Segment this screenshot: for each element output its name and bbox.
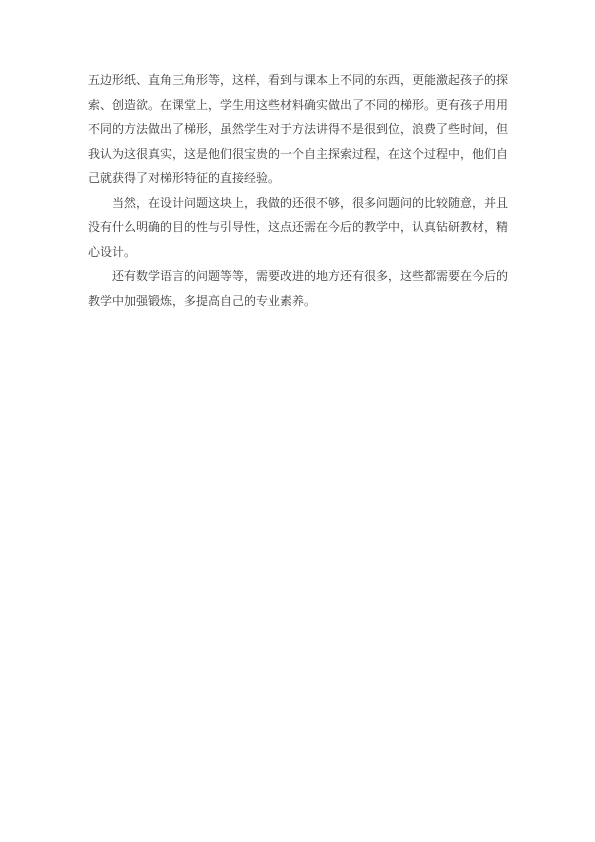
paragraph: 还有数学语言的问题等等，需要改进的地方还有很多，这些都需要在今后的教学中加强锻炼… (88, 264, 508, 313)
paragraph: 五边形纸、直角三角形等，这样，看到与课本上不同的东西，更能激起孩子的探索、创造欲… (88, 68, 508, 191)
paragraph: 当然，在设计问题这块上，我做的还很不够，很多问题问的比较随意，并且没有什么明确的… (88, 191, 508, 265)
text-body: 五边形纸、直角三角形等，这样，看到与课本上不同的东西，更能激起孩子的探索、创造欲… (88, 68, 508, 313)
document-page: 五边形纸、直角三角形等，这样，看到与课本上不同的东西，更能激起孩子的探索、创造欲… (0, 0, 595, 842)
